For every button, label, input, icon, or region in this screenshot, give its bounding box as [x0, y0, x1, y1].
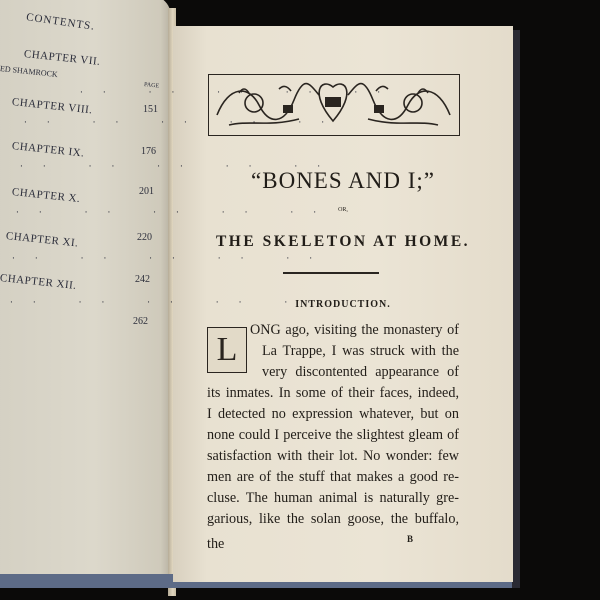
decorated-dropcap: L [207, 327, 247, 373]
toc-page: 151 [143, 104, 158, 115]
toc-page: 242 [135, 274, 150, 285]
or-label: OR, [173, 207, 513, 213]
book-cover-right [512, 30, 520, 588]
book-subtitle: THE SKELETON AT HOME. [173, 233, 513, 251]
toc-page: 220 [137, 232, 152, 243]
toc-page: 262 [133, 316, 148, 327]
toc-page: 201 [139, 186, 154, 197]
signature-mark: B [404, 534, 416, 544]
toc-page: 176 [141, 146, 156, 157]
section-heading: INTRODUCTION. [173, 299, 513, 310]
text-line: garious, like the solan goose, the buffa… [207, 507, 459, 557]
divider-rule [283, 272, 379, 274]
toc-dots: ·· ·· ·· ·· ·· [12, 254, 332, 264]
book-title: “BONES AND I;” [173, 168, 513, 194]
floral-ornament-icon [208, 74, 460, 136]
